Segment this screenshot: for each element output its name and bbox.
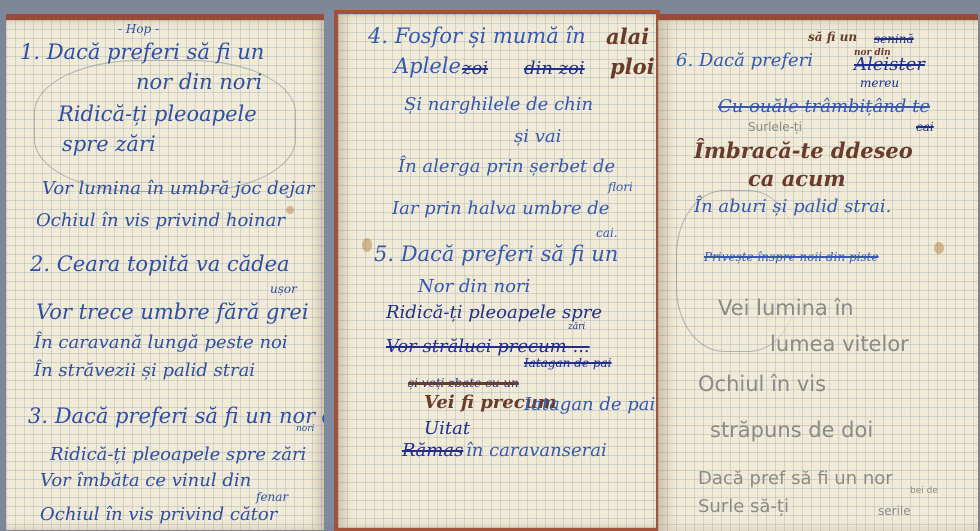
verse-line: Vor trece umbre fără grei: [36, 300, 309, 324]
struck-line: Vor străluci precum ...: [386, 336, 590, 357]
correction-line: Îmbracă-te ddeseo: [694, 138, 913, 163]
verse-line: 2. Ceara topită va cădea: [30, 252, 290, 276]
verse-line: În caravană lungă peste noi: [34, 332, 288, 353]
verse-line: 5. Dacă preferi să fi un: [374, 242, 618, 266]
correction-line: ploi: [610, 54, 655, 79]
correction-line: ca acum: [748, 166, 846, 191]
verse-line: și vai: [514, 126, 561, 147]
verse-line: Și narghilele de chin: [404, 94, 593, 115]
struck-word: Rămas: [402, 440, 463, 461]
correction-line: alai: [606, 24, 649, 49]
verse-line: Ridică-ți pleoapele spre: [386, 302, 602, 323]
pencil-note: Vei lumina în: [718, 296, 854, 320]
struck-line: și veți zbate cu un: [408, 376, 519, 390]
pencil-note: lumea vitelor: [770, 332, 909, 356]
verse-line: 1. Dacă preferi să fi un: [20, 40, 264, 64]
pencil-note: Dacă pref să fi un nor: [698, 468, 893, 489]
verse-line: În străvezii și palid strai: [34, 360, 255, 381]
verse-line: cai.: [596, 226, 618, 240]
verse-line: în caravanserai: [466, 440, 607, 461]
ink-stain: [362, 238, 372, 252]
verse-line: Iar prin halva umbre de: [392, 198, 609, 219]
struck-word: zoi: [462, 58, 488, 79]
verse-line: nor din nori: [136, 70, 262, 94]
page-header: - Hop -: [118, 22, 159, 36]
verse-line: Iatagan de pai: [524, 394, 655, 415]
pencil-note: Surle să-ți: [698, 496, 789, 517]
verse-line: Ochiul în vis privind cător: [40, 504, 277, 525]
verse-line: Ridică-ți pleoapele spre zări: [50, 444, 306, 465]
correction-line: să fi un: [808, 30, 857, 44]
verse-line: spre zări: [62, 132, 156, 156]
ink-stain: [286, 206, 294, 214]
verse-line: Vor îmbăta ce vinul din: [40, 470, 251, 491]
verse-line: nori: [296, 424, 314, 434]
verse-line: Vor lumina în umbră joc dejar: [42, 178, 314, 199]
left-page: - Hop - 1. Dacă preferi să fi un nor din…: [6, 14, 324, 530]
struck-word: cai: [916, 120, 934, 134]
verse-line: Aplele: [394, 54, 461, 78]
verse-line: 6. Dacă preferi: [676, 50, 813, 71]
verse-line: Ochiul în vis privind hoinar: [36, 210, 285, 231]
middle-page: 4. Fosfor și mumă în alai Aplele zoi din…: [334, 10, 660, 531]
struck-word: senină: [874, 32, 914, 46]
verse-line: În alerga prin șerbet de: [398, 156, 615, 177]
pencil-note: serile: [878, 504, 911, 518]
verse-line: mereu: [860, 76, 899, 90]
verse-line: fenar: [256, 490, 288, 504]
right-page: să fi un senină nor din 6. Dacă preferi …: [658, 14, 978, 531]
struck-word: din zoi: [524, 58, 585, 79]
verse-line: În aburi și palid strai.: [694, 196, 891, 217]
pencil-note: bei de: [910, 486, 938, 496]
struck-word: Aleister: [854, 54, 925, 75]
verse-line: zări: [568, 322, 585, 332]
pencil-note: Ochiul în vis: [698, 372, 826, 396]
notebook-gutter: [324, 10, 334, 526]
ink-stain: [934, 242, 944, 254]
verse-line: 3. Dacă preferi să fi un nor din: [28, 404, 324, 428]
struck-line: Privește înspre noii din piste: [704, 250, 879, 264]
pencil-note: Surlele-ți: [748, 120, 802, 134]
verse-line: Nor din nori: [418, 276, 530, 297]
struck-line: Cu ouăle trâmbițând te: [718, 96, 930, 117]
struck-line: Iatagan de pai: [524, 356, 612, 370]
verse-line: Uitat: [424, 418, 470, 439]
verse-line: flori: [608, 180, 633, 194]
verse-line: ușor: [270, 282, 297, 296]
verse-line: Ridică-ți pleoapele: [58, 102, 257, 126]
pencil-note: străpuns de doi: [710, 418, 873, 442]
verse-line: 4. Fosfor și mumă în: [368, 24, 586, 48]
